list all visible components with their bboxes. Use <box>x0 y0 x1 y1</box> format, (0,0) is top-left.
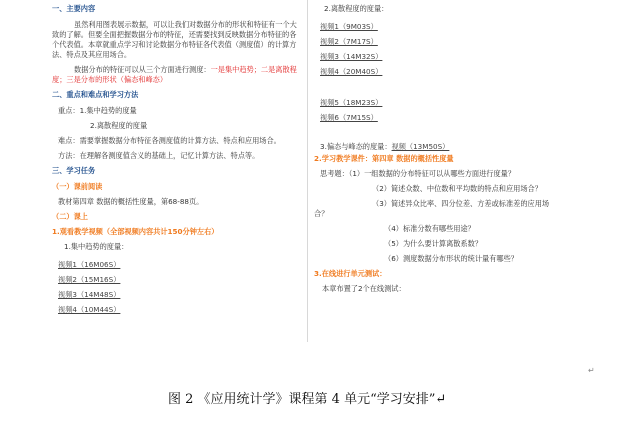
section-main-content-title: 一、主要内容 <box>52 4 302 14</box>
intro-paragraph: 虽然利用图表展示数据，可以让我们对数据分布的形状和特征有一个大致的了解。但要全面… <box>52 20 302 60</box>
video-link-d4[interactable]: 视频4（20M40S） <box>314 64 382 79</box>
section-key-points-title: 二、重点和难点和学习方法 <box>52 90 302 100</box>
features-paragraph: 数据分布的特征可以从三个方面进行测度：一是集中趋势；二是离散程度；三是分布的形状… <box>52 65 302 85</box>
features-text: 数据分布的特征可以从三个方面进行测度： <box>74 65 211 74</box>
video-link-d3[interactable]: 视频3（14M32S） <box>314 49 382 64</box>
pre-reading-title: （一）课前阅读 <box>52 182 302 192</box>
pre-reading-text: 教材第四章 数据的概括性度量，第68-88页。 <box>52 197 302 207</box>
video-link-d2[interactable]: 视频2（7M17S） <box>314 34 378 49</box>
question-1: 思考题：（1）一组数据的分布特征可以从哪些方面进行度量？ <box>314 169 560 179</box>
question-5: （5）为什么要计算离散系数？ <box>314 239 584 249</box>
question-3: （3）简述异众比率、四分位差、方差或标准差的应用场合？ <box>314 199 554 219</box>
skew-label: 3.偏态与峰态的度量： <box>320 142 392 151</box>
online-test-text: 本章布置了2个在线测试： <box>314 284 584 294</box>
video-link-d1[interactable]: 视频1（9M03S） <box>314 19 378 34</box>
courseware-title: 2.学习教学课件：第四章 数据的概括性度量 <box>314 154 584 164</box>
central-tendency-label: 1.集中趋势的度量： <box>52 242 302 252</box>
video-link-d6[interactable]: 视频6（7M15S） <box>314 110 378 125</box>
question-2: （2）简述众数、中位数和平均数的特点和应用场合？ <box>314 184 554 194</box>
question-4: （4）标准分数有哪些用途？ <box>314 224 584 234</box>
in-class-title: （二）课上 <box>52 212 302 222</box>
method-text: 方法：在理解各测度值含义的基础上，记忆计算方法、特点等。 <box>52 151 302 161</box>
section-tasks-title: 三、学习任务 <box>52 166 302 176</box>
key-point-2: 2.离散程度的度量 <box>52 121 302 131</box>
column-divider <box>307 0 308 342</box>
online-test-title: 3.在线进行单元测试： <box>314 269 584 279</box>
video-link-3[interactable]: 视频3（14M48S） <box>52 287 120 302</box>
question-6: （6）测度数据分布形状的统计量有哪些？ <box>314 254 584 264</box>
video-link-4[interactable]: 视频4（10M44S） <box>52 302 120 317</box>
left-column: 一、主要内容 虽然利用图表展示数据，可以让我们对数据分布的形状和特征有一个大致的… <box>52 4 302 317</box>
dispersion-label: 2.离散程度的度量： <box>314 4 584 14</box>
skew-video-link[interactable]: 视频（13M50S） <box>392 139 450 154</box>
video-link-1[interactable]: 视频1（16M06S） <box>52 257 120 272</box>
paragraph-return-mark: ↵ <box>588 366 595 375</box>
skew-row: 3.偏态与峰态的度量：视频（13M50S） <box>314 139 584 154</box>
difficulty-text: 难点：需要掌握数据分布特征各测度值的计算方法、特点和应用场合。 <box>52 136 302 146</box>
figure-caption: 图 2 《应用统计学》课程第 4 单元“学习安排”↵ <box>168 388 446 407</box>
right-column: 2.离散程度的度量： 视频1（9M03S） 视频2（7M17S） 视频3（14M… <box>314 4 584 299</box>
video-link-2[interactable]: 视频2（15M16S） <box>52 272 120 287</box>
key-point-1: 重点：1.集中趋势的度量 <box>52 106 302 116</box>
video-task-title: 1.观看教学视频（全部视频内容共计150分钟左右） <box>52 227 302 237</box>
video-link-d5[interactable]: 视频5（18M23S） <box>314 95 382 110</box>
